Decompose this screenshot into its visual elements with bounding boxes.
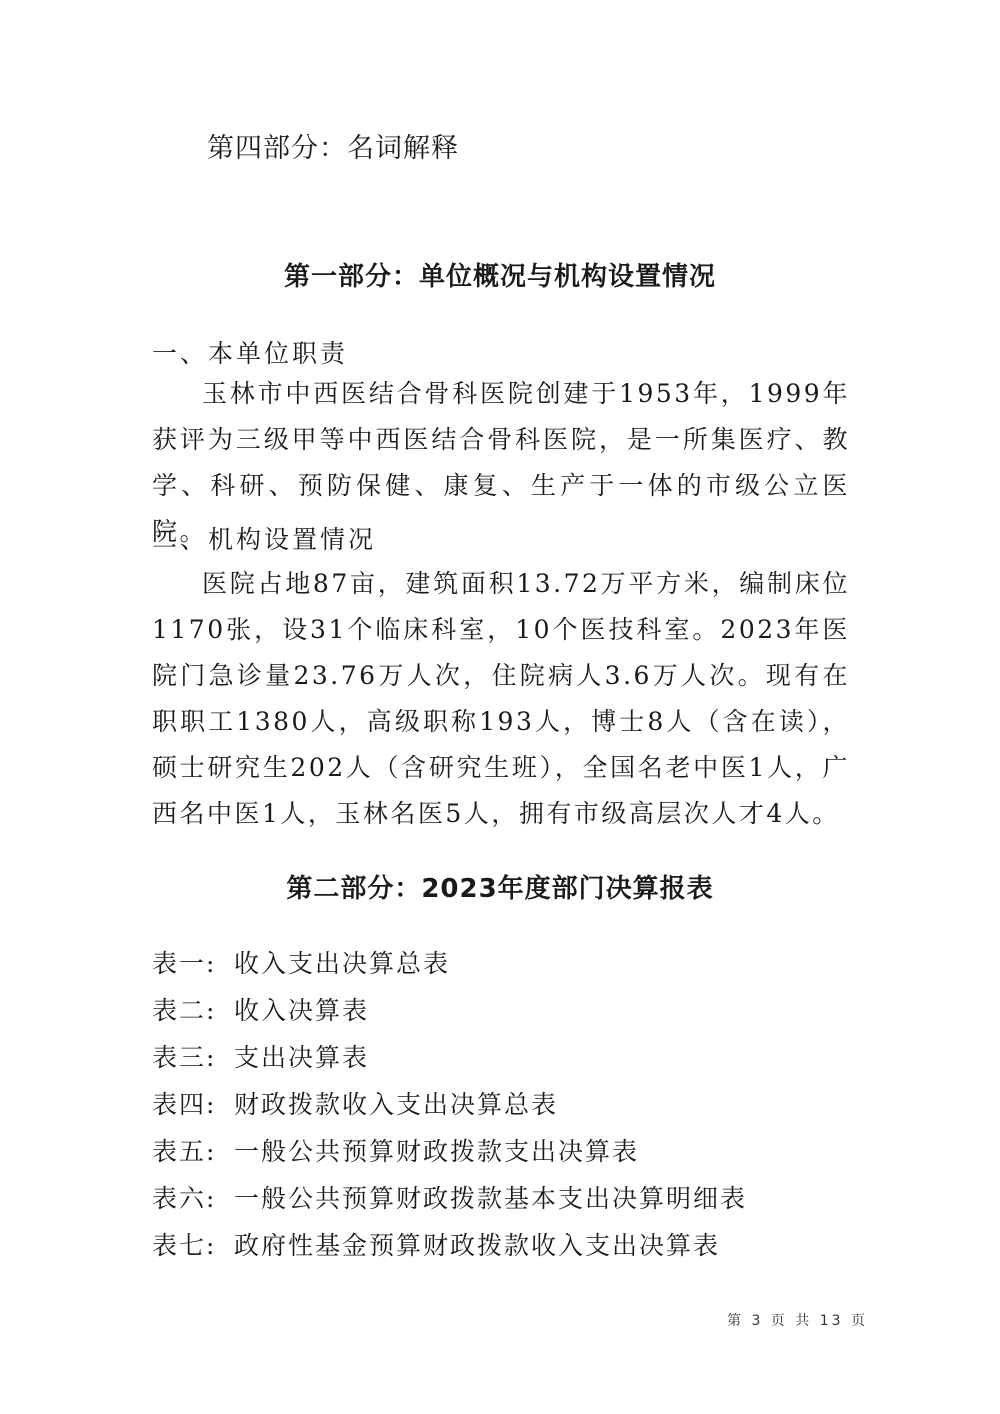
table-list-item: 表二:收入决算表 <box>152 987 747 1034</box>
part1-title: 第一部分：单位概况与机构设置情况 <box>0 256 1000 293</box>
table-list-item: 表六:一般公共预算财政拨款基本支出决算明细表 <box>152 1175 747 1222</box>
table-list-item: 表一:收入支出决算总表 <box>152 940 747 987</box>
table-name: 收入支出决算总表 <box>234 949 450 978</box>
table-name: 一般公共预算财政拨款基本支出决算明细表 <box>234 1184 747 1213</box>
table-label: 表六: <box>152 1175 234 1222</box>
table-name: 政府性基金预算财政拨款收入支出决算表 <box>234 1231 720 1260</box>
page-number: 第 3 页 共 13 页 <box>727 1310 868 1330</box>
section2-heading: 二、机构设置情况 <box>152 520 376 556</box>
table-name: 支出决算表 <box>234 1043 369 1072</box>
table-list-item: 表四:财政拨款收入支出决算总表 <box>152 1081 747 1128</box>
table-name: 收入决算表 <box>234 996 369 1025</box>
table-label: 表二: <box>152 987 234 1034</box>
section2-body: 医院占地87亩，建筑面积13.72万平方米，编制床位1170张，设31个临床科室… <box>152 561 850 837</box>
table-list-item: 表三:支出决算表 <box>152 1034 747 1081</box>
table-label: 表一: <box>152 940 234 987</box>
table-label: 表七: <box>152 1222 234 1269</box>
section1-heading: 一、本单位职责 <box>152 334 348 370</box>
table-list-item: 表五:一般公共预算财政拨款支出决算表 <box>152 1128 747 1175</box>
table-label: 表三: <box>152 1034 234 1081</box>
part2-title: 第二部分：2023年度部门决算报表 <box>0 868 1000 905</box>
part4-heading: 第四部分：名词解释 <box>207 126 459 165</box>
table-list-item: 表七:政府性基金预算财政拨款收入支出决算表 <box>152 1222 747 1269</box>
table-label: 表五: <box>152 1128 234 1175</box>
table-name: 一般公共预算财政拨款支出决算表 <box>234 1137 639 1166</box>
report-table-list: 表一:收入支出决算总表 表二:收入决算表 表三:支出决算表 表四:财政拨款收入支… <box>152 940 747 1269</box>
table-label: 表四: <box>152 1081 234 1128</box>
table-name: 财政拨款收入支出决算总表 <box>234 1090 558 1119</box>
